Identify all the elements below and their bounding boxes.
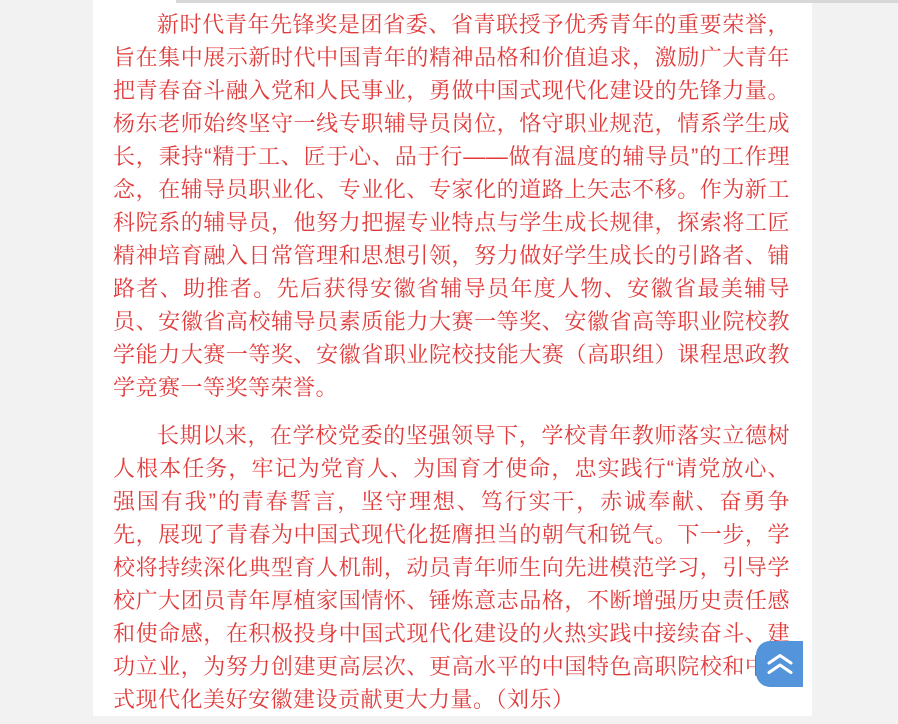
top-divider bbox=[176, 0, 898, 3]
article-body: 新时代青年先锋奖是团省委、省青联授予优秀青年的重要荣誉，旨在集中展示新时代中国青… bbox=[113, 8, 790, 724]
back-to-top-button[interactable] bbox=[756, 641, 803, 687]
article-paragraph-2: 长期以来，在学校党委的坚强领导下，学校青年教师落实立德树人根本任务，牢记为党育人… bbox=[113, 419, 790, 716]
double-chevron-up-icon bbox=[766, 652, 794, 676]
page: 新时代青年先锋奖是团省委、省青联授予优秀青年的重要荣誉，旨在集中展示新时代中国青… bbox=[0, 0, 898, 724]
article-paragraph-1: 新时代青年先锋奖是团省委、省青联授予优秀青年的重要荣誉，旨在集中展示新时代中国青… bbox=[113, 8, 790, 404]
